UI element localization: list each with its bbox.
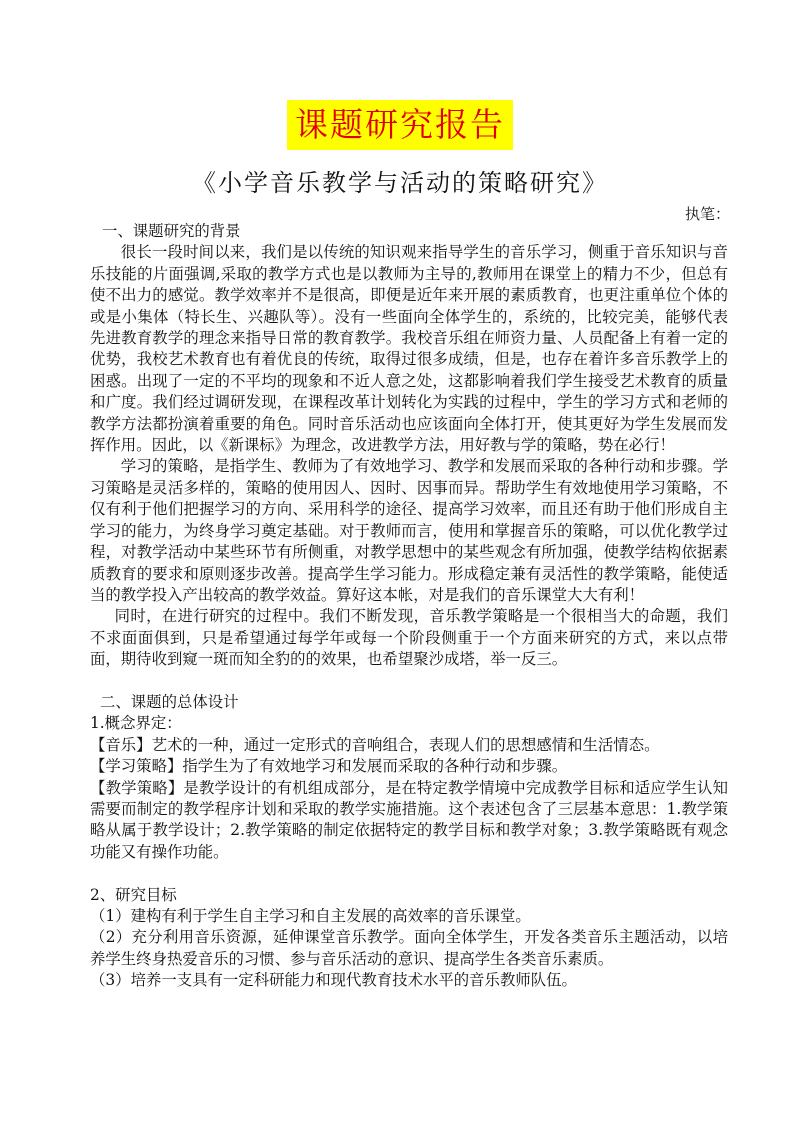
goal-item: （2）充分利用音乐资源，延伸课堂音乐教学。面向全体学生，开发各类音乐主题活动，以… <box>90 927 728 970</box>
title-wrap: 课题研究报告 <box>0 100 800 150</box>
report-title: 课题研究报告 <box>287 100 513 150</box>
section1-paragraph: 很长一段时间以来，我们是以传统的知识观来指导学生的音乐学习，侧重于音乐知识与音乐… <box>90 242 728 456</box>
definition-term: 【学习策略】 <box>90 757 182 775</box>
definition-term: 【教学策略】 <box>90 779 183 797</box>
definition-text: 艺术的一种，通过一定形式的音响组合，表现人们的思想感情和生活情态。 <box>152 736 660 754</box>
spacer <box>90 863 728 884</box>
definition-music: 【音乐】艺术的一种，通过一定形式的音响组合，表现人们的思想感情和生活情态。 <box>90 735 728 756</box>
definition-term: 【音乐】 <box>90 736 152 754</box>
goals-heading: 2、研究目标 <box>90 885 728 906</box>
goal-item: （3）培养一支具有一定科研能力和现代教育技术水平的音乐教师队伍。 <box>90 970 728 991</box>
definition-learning-strategy: 【学习策略】指学生为了有效地学习和发展而采取的各种行动和步骤。 <box>90 756 728 777</box>
definition-text: 是教学设计的有机组成部分，是在特定教学情境中完成教学目标和适应学生认知需要而制定… <box>90 779 728 861</box>
definition-teaching-strategy: 【教学策略】是教学设计的有机组成部分，是在特定教学情境中完成教学目标和适应学生认… <box>90 778 728 864</box>
section1-heading: 一、课题研究的背景 <box>90 221 728 242</box>
concept-heading: 1.概念界定： <box>90 713 728 734</box>
section2-heading: 二、课题的总体设计 <box>90 692 728 713</box>
section1-paragraph: 同时，在进行研究的过程中。我们不断发现，音乐教学策略是一个很相当大的命题，我们不… <box>90 606 728 670</box>
section1-paragraph: 学习的策略，是指学生、教师为了有效地学习、教学和发展而采取的各种行动和步骤。学习… <box>90 456 728 606</box>
definition-text: 指学生为了有效地学习和发展而采取的各种行动和步骤。 <box>182 757 567 775</box>
report-body: 一、课题研究的背景 很长一段时间以来，我们是以传统的知识观来指导学生的音乐学习，… <box>90 221 728 992</box>
report-subtitle: 《小学音乐教学与活动的策略研究》 <box>0 166 800 200</box>
spacer <box>90 671 728 692</box>
goal-item: （1）建构有利于学生自主学习和自主发展的高效率的音乐课堂。 <box>90 906 728 927</box>
